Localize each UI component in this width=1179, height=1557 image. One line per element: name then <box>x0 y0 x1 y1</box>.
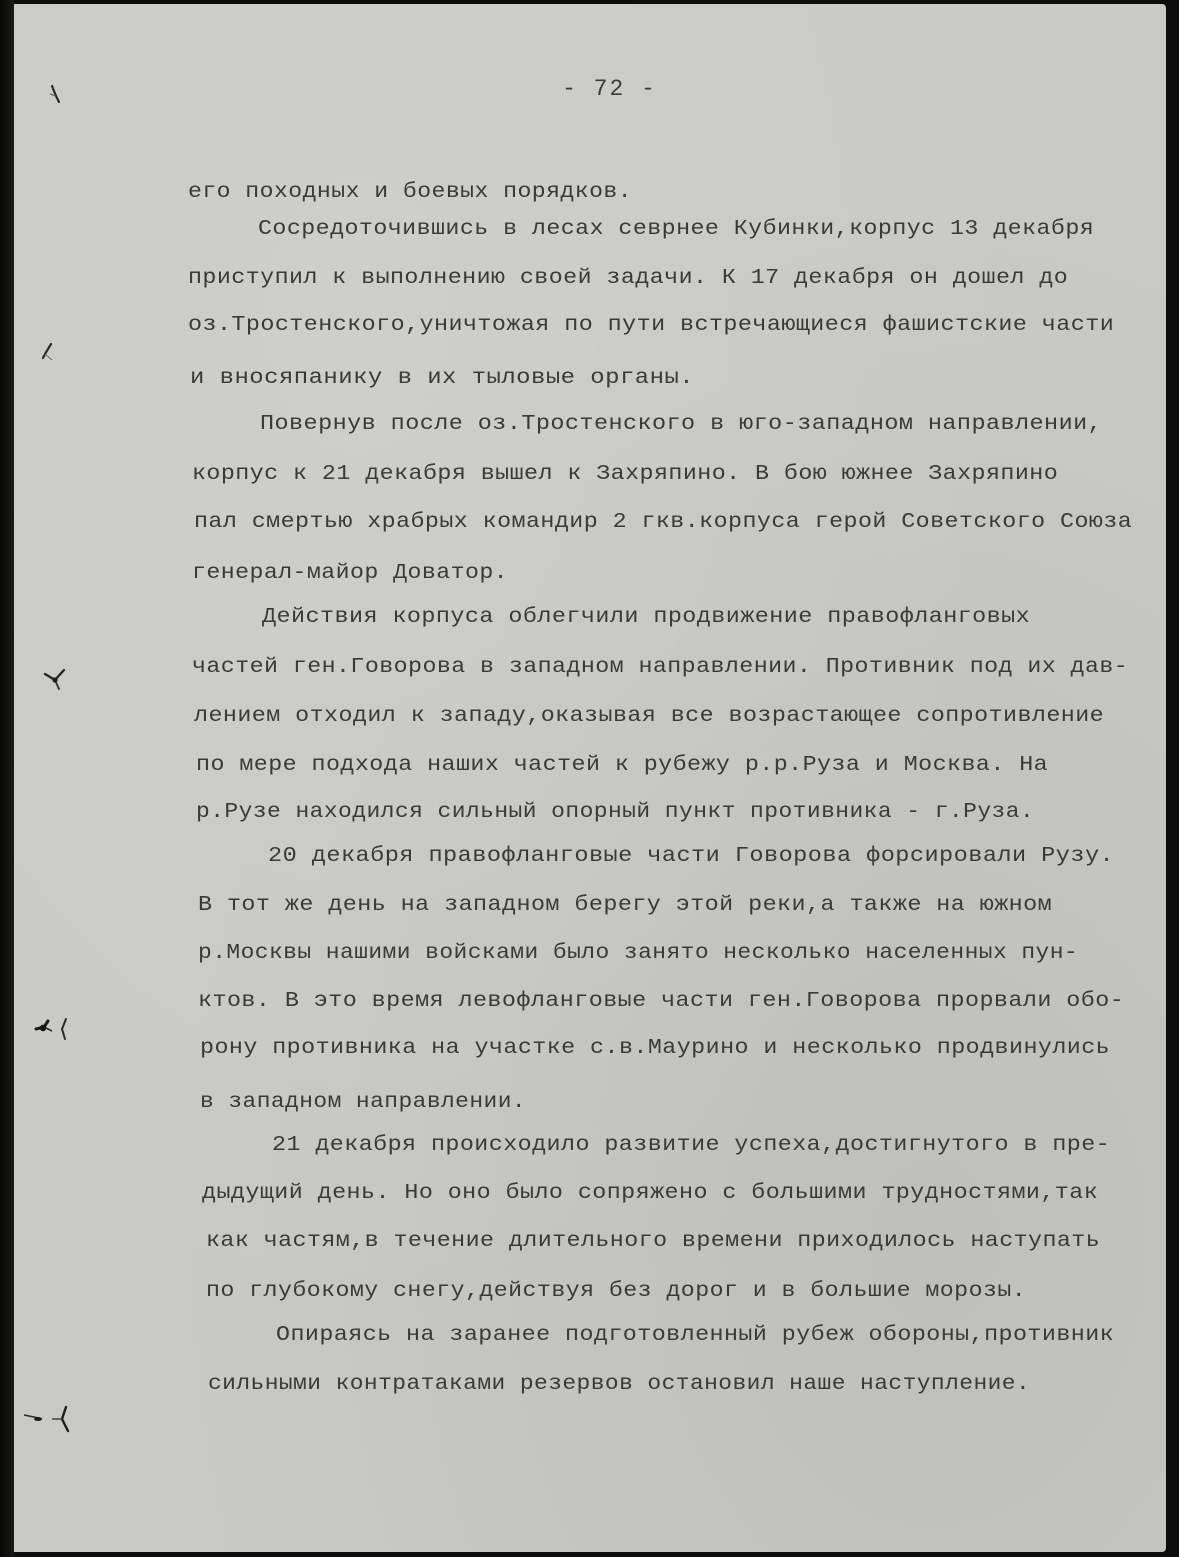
text-line: частей ген.Говорова в западном направлен… <box>192 656 1128 679</box>
text-line: по глубокому снегу,действуя без дорог и … <box>206 1280 1026 1303</box>
text-line: в западном направлении. <box>200 1091 526 1114</box>
binding-hole-mark-icon <box>42 667 68 693</box>
text-line: его походных и боевых порядков. <box>188 181 632 204</box>
binding-hole-mark-icon <box>34 1015 60 1041</box>
page-number: - 72 - <box>0 76 1179 102</box>
paragraph-start-line: Сосредоточившись в лесах севрнее Кубинки… <box>258 218 1094 241</box>
text-line: по мере подхода наших частей к рубежу р.… <box>196 754 1048 777</box>
text-line: оз.Тростенского,уничтожая по пути встреч… <box>188 314 1114 337</box>
text-line: В тот же день на западном берегу этой ре… <box>198 894 1052 917</box>
binding-shadow <box>0 0 14 1557</box>
text-line: дыдущий день. Но оно было сопряжено с бо… <box>202 1182 1098 1205</box>
text-line: р.Москвы нашими войсками было занято нес… <box>198 942 1078 965</box>
text-line: корпус к 21 декабря вышел к Захряпино. В… <box>192 463 1058 486</box>
text-line: лением отходил к западу,оказывая все воз… <box>194 705 1104 728</box>
text-line: р.Рузе находился сильный опорный пункт п… <box>196 801 1034 824</box>
paragraph-start-line: Повернув после оз.Тростенского в юго-зап… <box>260 413 1102 436</box>
paragraph-start-line: Опираясь на заранее подготовленный рубеж… <box>276 1324 1114 1347</box>
text-line: пал смертью храбрых командир 2 гкв.корпу… <box>194 511 1132 534</box>
scanned-page: - 72 - его походных и боевых порядков. С… <box>0 0 1179 1557</box>
paragraph-start-line: Действия корпуса облегчили продвижение п… <box>262 606 1030 629</box>
binding-hole-mark-icon <box>34 340 60 366</box>
binding-hole-mark-icon <box>22 1405 48 1431</box>
text-line: сильными контратаками резервов остановил… <box>208 1373 1030 1396</box>
text-line: приступил к выполнению своей задачи. К 1… <box>188 267 1068 290</box>
text-line: и вносяпанику в их тыловые органы. <box>190 367 694 390</box>
binding-hole-mark-icon <box>42 82 68 108</box>
text-line: ктов. В это время левофланговые части ге… <box>198 990 1124 1013</box>
text-line: генерал-майор Доватор. <box>192 562 508 585</box>
text-line: как частям,в течение длительного времени… <box>206 1230 1100 1253</box>
paragraph-start-line: 21 декабря происходило развитие успеха,д… <box>272 1134 1110 1157</box>
text-line: рону противника на участке с.в.Маурино и… <box>200 1037 1110 1060</box>
paragraph-start-line: 20 декабря правофланговые части Говорова… <box>268 845 1114 868</box>
